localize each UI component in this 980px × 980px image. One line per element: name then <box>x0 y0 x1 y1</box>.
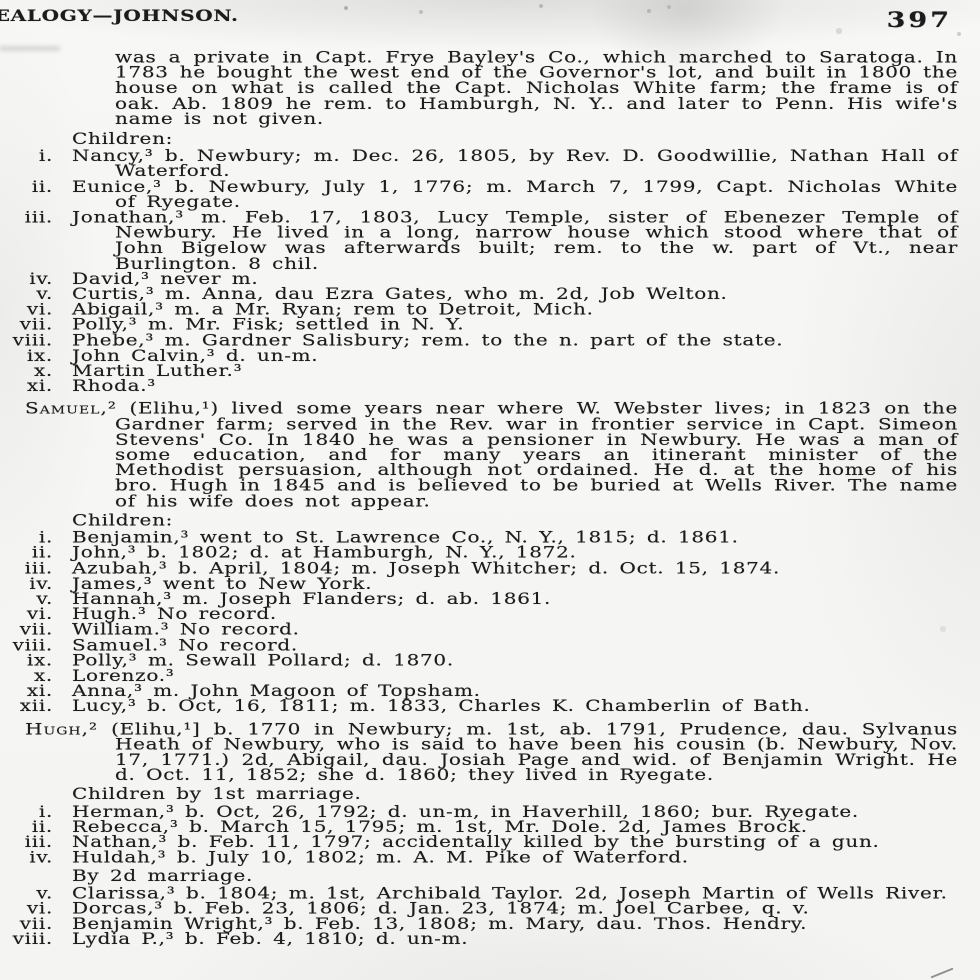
item-text: Nancy,³ b. Newbury; m. Dec. 26, 1805, by… <box>72 148 958 179</box>
person-text: (Elihu,¹] b. 1770 in Newbury; m. 1st, ab… <box>111 719 958 784</box>
person-name: Samuel,² <box>25 399 117 418</box>
person-name: Hugh,² <box>25 719 98 738</box>
children-label-1: Children: <box>72 131 980 146</box>
item-text: Jonathan,³ m. Feb. 17, 1803, Lucy Temple… <box>72 210 958 271</box>
item-numeral: viii. <box>0 931 53 946</box>
item-text: Rhoda.³ <box>72 379 958 394</box>
item-numeral: i. <box>0 148 53 163</box>
item-numeral: ii. <box>0 179 53 194</box>
list-item: iv.Huldah,³ b. July 10, 1802; m. A. M. P… <box>0 850 980 865</box>
list-item: xi.Rhoda.³ <box>0 379 980 394</box>
children-list-4: v.Clarissa,³ b. 1804; m. 1st, Archibald … <box>0 885 980 946</box>
first-marriage-label: Children by 1st marriage. <box>72 787 980 802</box>
person-text: (Elihu,¹) lived some years near where W.… <box>115 399 958 510</box>
intro-paragraph: was a private in Capt. Frye Bayley's Co.… <box>115 50 958 127</box>
scanned-book-page: GENEALOGY—JOHNSON. 397 was a private in … <box>0 0 980 980</box>
item-text: Martin Luther.³ <box>72 363 958 378</box>
list-item: ii.Eunice,³ b. Newbury, July 1, 1776; m.… <box>0 179 980 210</box>
children-label-2: Children: <box>72 513 980 528</box>
children-list-2: i.Benjamin,³ went to St. Lawrence Co., N… <box>0 530 980 714</box>
item-numeral: iv. <box>0 850 53 865</box>
scan-noise-speckles <box>0 0 2 2</box>
item-text: Lydia P.,³ b. Feb. 4, 1810; d. un-m. <box>72 931 958 946</box>
list-item: i.Nancy,³ b. Newbury; m. Dec. 26, 1805, … <box>0 148 980 179</box>
item-text: Eunice,³ b. Newbury, July 1, 1776; m. Ma… <box>72 179 958 210</box>
item-text: Lucy,³ b. Oct, 16, 1811; m. 1833, Charle… <box>72 699 958 714</box>
page-content: GENEALOGY—JOHNSON. 397 was a private in … <box>0 8 980 954</box>
list-item: viii.Lydia P.,³ b. Feb. 4, 1810; d. un-m… <box>0 931 980 946</box>
item-text: Huldah,³ b. July 10, 1802; m. A. M. Pike… <box>72 850 958 865</box>
list-item: xii.Lucy,³ b. Oct, 16, 1811; m. 1833, Ch… <box>0 699 980 714</box>
item-numeral: xi. <box>0 379 53 394</box>
page-header: GENEALOGY—JOHNSON. 397 <box>0 8 980 38</box>
scan-pen-tick <box>930 968 953 979</box>
running-title: GENEALOGY—JOHNSON. <box>0 8 922 23</box>
samuel-entry: Samuel,² (Elihu,¹) lived some years near… <box>25 401 958 509</box>
children-list-3: i.Herman,³ b. Oct, 26, 1792; d. un-m, in… <box>0 804 980 865</box>
item-numeral: xii. <box>0 699 53 714</box>
item-text: Polly,³ m. Sewall Pollard; d. 1870. <box>72 653 958 668</box>
item-numeral: iii. <box>0 210 53 225</box>
hugh-entry: Hugh,² (Elihu,¹] b. 1770 in Newbury; m. … <box>25 721 958 782</box>
second-marriage-label: By 2d marriage. <box>72 868 980 883</box>
page-number: 397 <box>887 8 952 33</box>
list-item: iii.Jonathan,³ m. Feb. 17, 1803, Lucy Te… <box>0 210 980 271</box>
children-list-1: i.Nancy,³ b. Newbury; m. Dec. 26, 1805, … <box>0 148 980 394</box>
